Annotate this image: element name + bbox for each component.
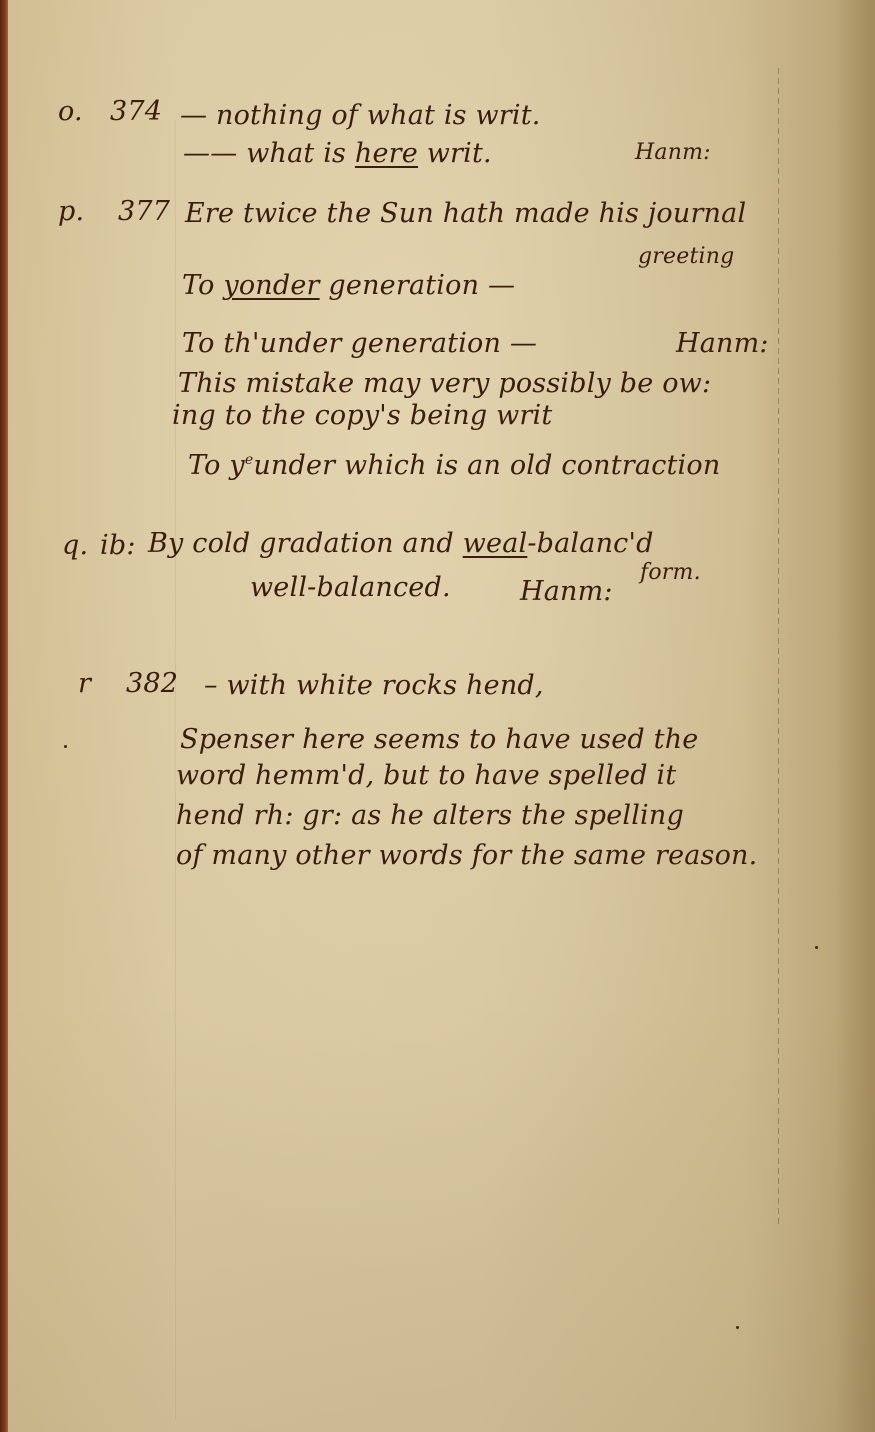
ink-speck (815, 946, 818, 949)
entry-page-ref: ib: (100, 530, 136, 561)
entry-page-number: 377 (118, 196, 170, 227)
entry-line: This mistake may very possibly be ow: (178, 368, 711, 399)
entry-line: Spenser here seems to have used the (180, 724, 698, 755)
entry-line: well-balanced. (250, 572, 451, 603)
entry-line: Ere twice the Sun hath made his journal (185, 198, 746, 229)
ink-speck (736, 1326, 739, 1329)
manuscript-page: o. 374 — nothing of what is writ. —— wha… (0, 0, 875, 1432)
underlined-word: here (355, 138, 418, 169)
page-gutter-shadow (835, 0, 875, 1432)
book-binding-edge (0, 0, 8, 1432)
text-segment: To y (188, 450, 245, 481)
text-segment: By cold gradation and (148, 528, 463, 559)
entry-page-number: 374 (110, 96, 162, 127)
entry-line: To yeunder which is an old contraction (188, 450, 720, 481)
entry-line: ing to the copy's being writ (172, 400, 552, 431)
entry-line: To yonder generation — (182, 270, 515, 301)
interlinear-note: form. (640, 560, 701, 585)
ink-speck (64, 745, 67, 748)
text-segment: writ. (418, 138, 492, 169)
entry-line: hend rh: gr: as he alters the spelling (176, 800, 684, 831)
text-segment: under which is an old contraction (253, 450, 720, 481)
text-segment: -balanc'd (527, 528, 653, 559)
attribution-hanmer: Hanm: (520, 576, 613, 607)
entry-line: To th'under generation — (182, 328, 537, 359)
text-segment: generation — (320, 270, 516, 301)
entry-marker: p. (58, 196, 84, 227)
entry-line: —— what is here writ. (183, 138, 492, 169)
entry-line: By cold gradation and weal-balanc'd (148, 528, 654, 559)
attribution-hanmer: Hanm: (676, 328, 769, 359)
text-segment: To (182, 270, 223, 301)
right-margin-rule (778, 68, 779, 1228)
entry-marker: r (78, 668, 91, 699)
entry-marker: o. (58, 96, 83, 127)
entry-line: of many other words for the same reason. (176, 840, 757, 871)
entry-line: — nothing of what is writ. (180, 100, 541, 131)
entry-line: word hemm'd, but to have spelled it (176, 760, 676, 791)
attribution-hanmer: Hanm: (635, 140, 711, 165)
dash-prefix: —— (183, 138, 237, 169)
underlined-word: yonder (223, 270, 319, 301)
entry-page-number: 382 (126, 668, 178, 699)
underlined-word: weal (463, 528, 528, 559)
interlinear-note: greeting (638, 244, 734, 269)
entry-line: – with white rocks hend, (204, 670, 544, 701)
entry-marker: q. (62, 530, 88, 561)
text-segment: what is (237, 138, 355, 169)
